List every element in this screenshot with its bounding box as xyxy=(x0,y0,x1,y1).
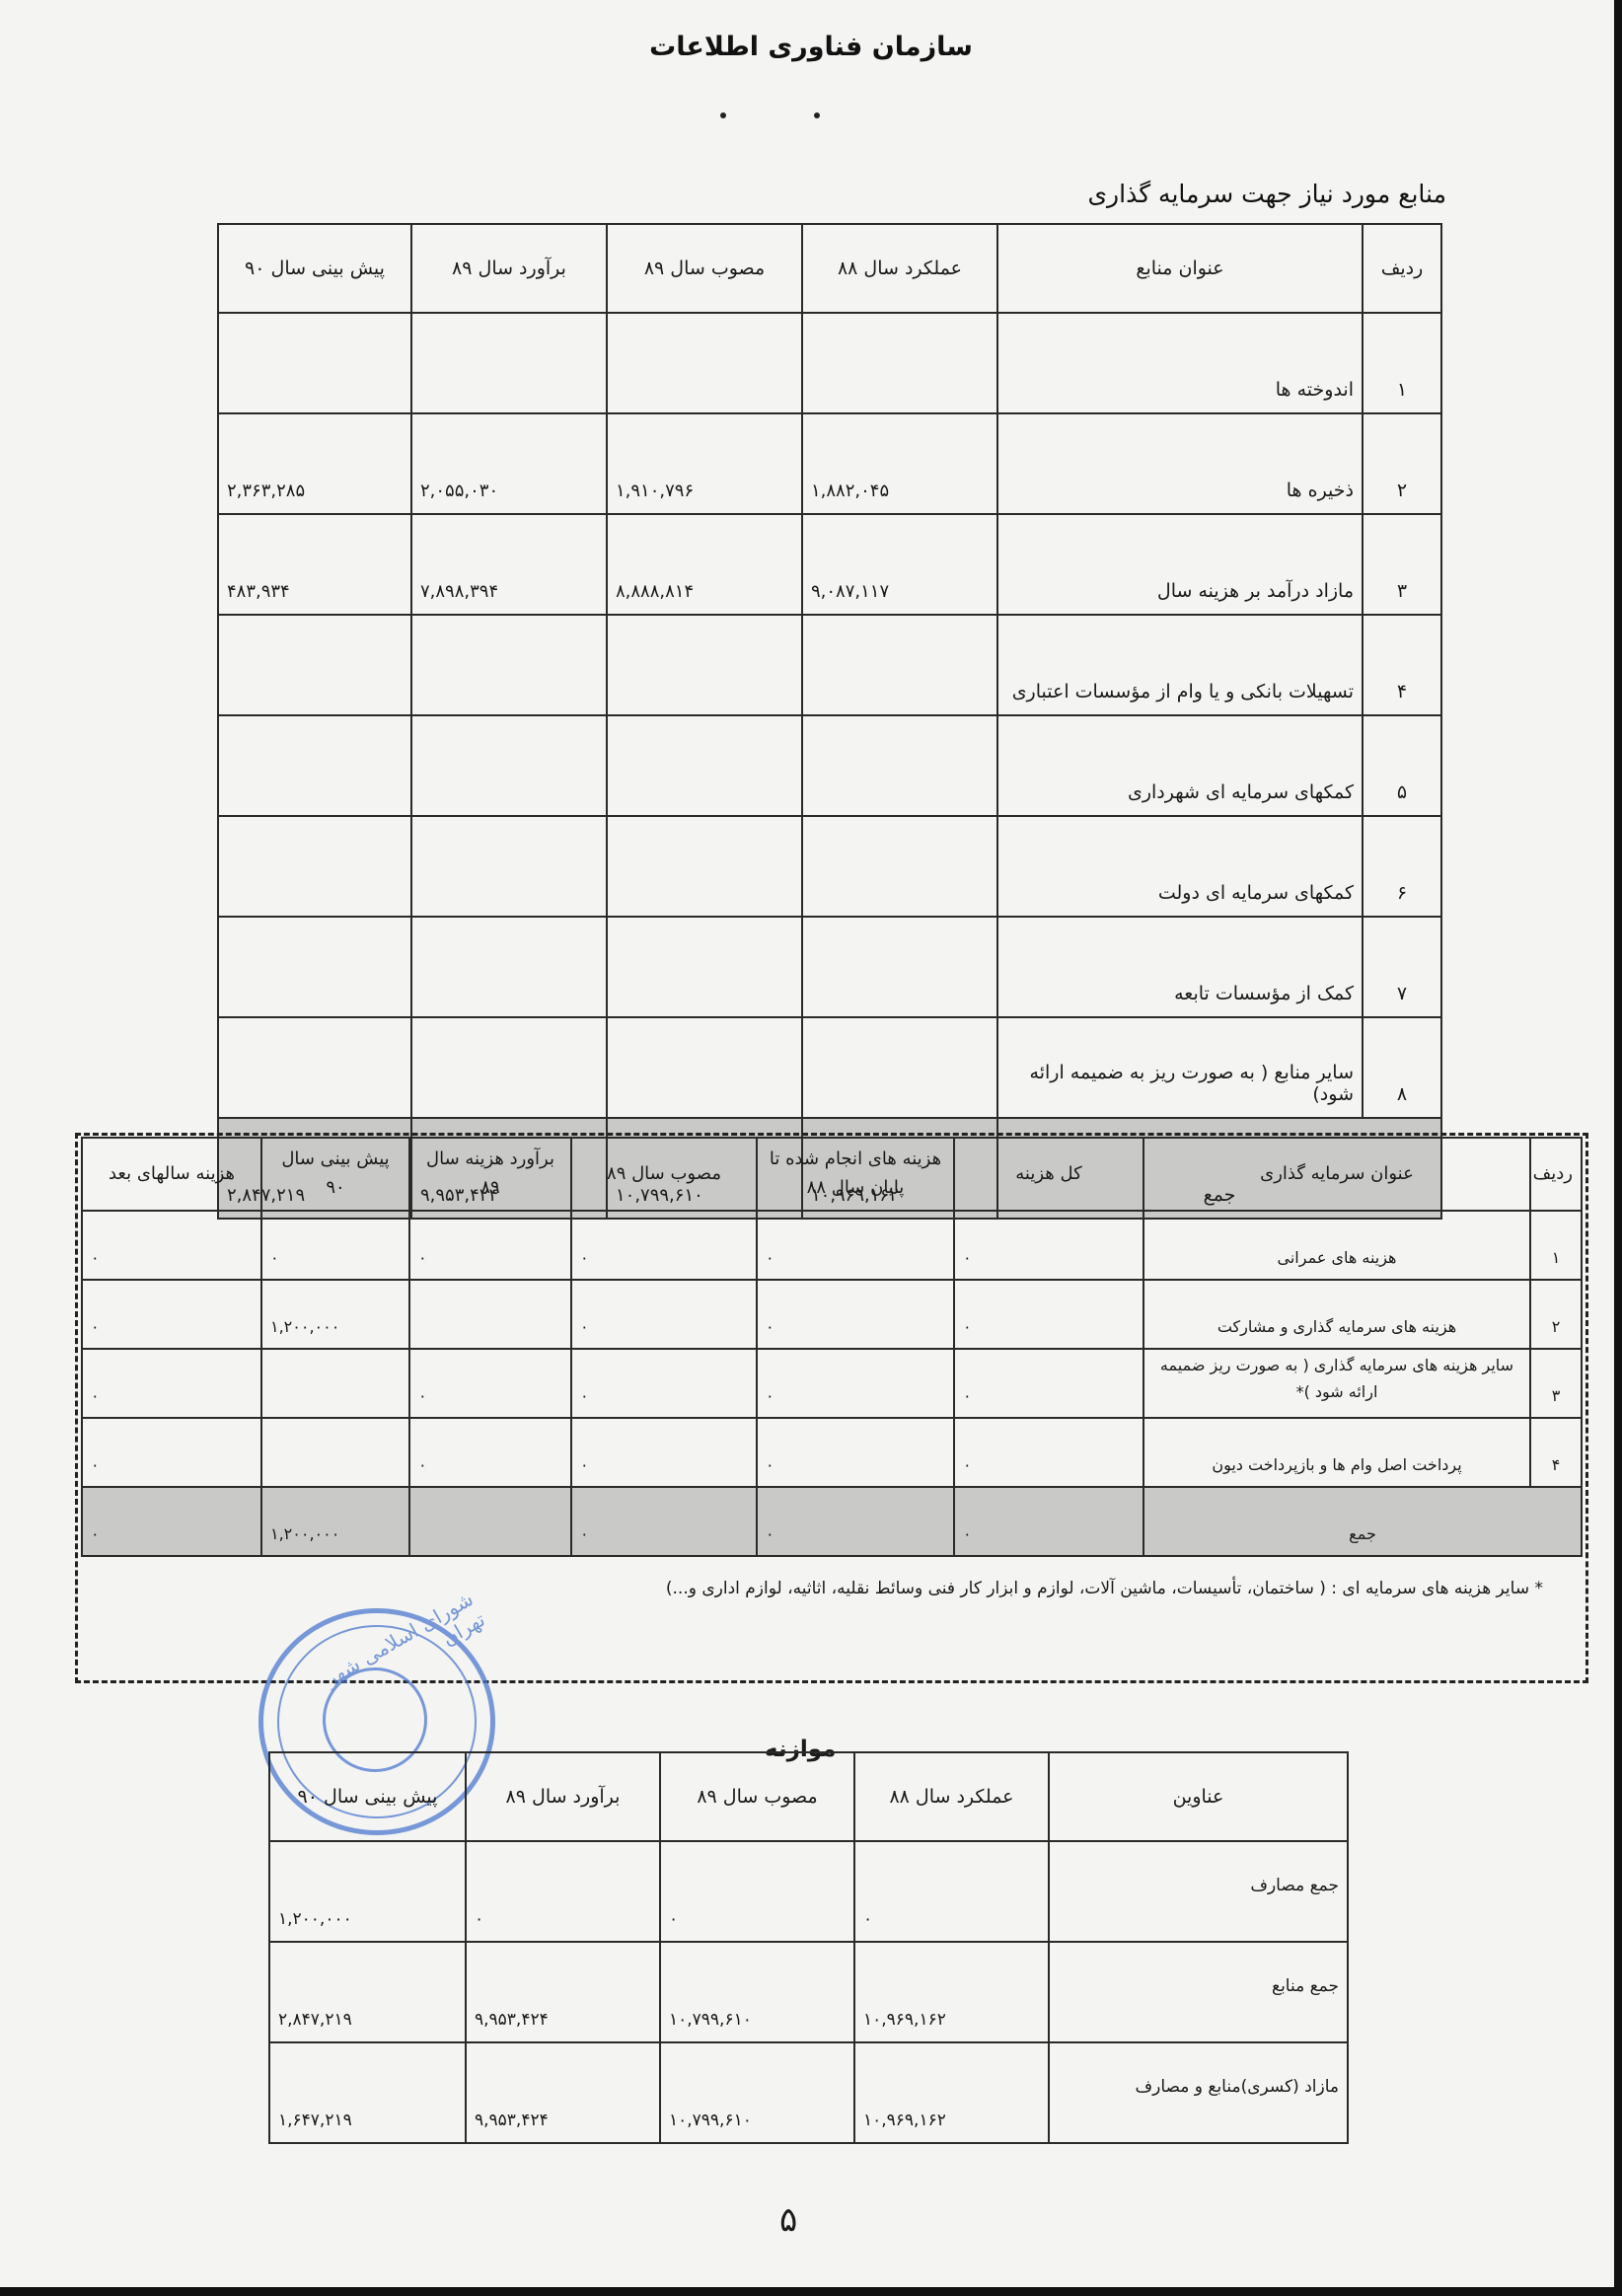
cell-est89 xyxy=(411,313,607,413)
row-title: ذخیره ها xyxy=(997,413,1363,514)
table-row: ۸ سایر منابع ( به صورت ریز به ضمیمه ارائ… xyxy=(218,1017,1441,1118)
cell-fcst90: ۲,۸۴۷,۲۱۹ xyxy=(269,1942,466,2042)
cell-fcst90: ۰ xyxy=(261,1211,409,1280)
cell-perf88: ۱۰,۹۶۹,۱۶۲ xyxy=(854,1942,1049,2042)
cell-total-cost: ۰ xyxy=(954,1418,1143,1487)
table-row: ۳ مازاد درآمد بر هزینه سال ۹,۰۸۷,۱۱۷ ۸,۸… xyxy=(218,514,1441,615)
resources-table: ردیف عنوان منابع عملکرد سال ۸۸ مصوب سال … xyxy=(217,223,1442,1220)
cell-total-cost: ۰ xyxy=(954,1280,1143,1349)
cell-est89: ۹,۹۵۳,۴۲۴ xyxy=(466,1942,660,2042)
scan-dot xyxy=(720,112,726,118)
row-title: هزینه های سرمایه گذاری و مشارکت xyxy=(1143,1280,1530,1349)
investment-footnote: * سایر هزینه های سرمایه ای : ( ساختمان، … xyxy=(359,1579,1543,1598)
scan-dot xyxy=(814,112,820,118)
table-row: ۱ اندوخته ها xyxy=(218,313,1441,413)
cell-appr89: ۱,۹۱۰,۷۹۶ xyxy=(607,413,802,514)
row-title: مازاد درآمد بر هزینه سال xyxy=(997,514,1363,615)
col-header-perf88: عملکرد سال ۸۸ xyxy=(854,1752,1049,1841)
total-spent88: ۰ xyxy=(757,1487,954,1556)
cell-spent88: ۰ xyxy=(757,1211,954,1280)
row-title: کمک از مؤسسات تابعه xyxy=(997,917,1363,1017)
cell-est89: ۰ xyxy=(409,1418,571,1487)
cell-appr89: ۰ xyxy=(571,1349,757,1418)
cell-perf88: ۱,۸۸۲,۰۴۵ xyxy=(802,413,997,514)
cell-est89: ۰ xyxy=(409,1211,571,1280)
row-number: ۵ xyxy=(1363,715,1441,816)
row-title: کمکهای سرمایه ای دولت xyxy=(997,816,1363,917)
table-header-row: عناوین عملکرد سال ۸۸ مصوب سال ۸۹ برآورد … xyxy=(269,1752,1348,1841)
cell-est89 xyxy=(409,1280,571,1349)
cell-fcst90 xyxy=(218,313,411,413)
total-total-cost: ۰ xyxy=(954,1487,1143,1556)
cell-later-years: ۰ xyxy=(82,1418,261,1487)
cell-appr89: ۰ xyxy=(660,1841,854,1942)
cell-later-years: ۰ xyxy=(82,1211,261,1280)
row-number: ۷ xyxy=(1363,917,1441,1017)
cell-perf88 xyxy=(802,615,997,715)
organization-title: سازمان فناوری اطلاعات xyxy=(0,32,1622,62)
cell-appr89: ۰ xyxy=(571,1418,757,1487)
col-header-total-cost: کل هزینه xyxy=(954,1138,1143,1211)
cell-appr89 xyxy=(607,1017,802,1118)
row-title: سایر منابع ( به صورت ریز به ضمیمه ارائه … xyxy=(997,1017,1363,1118)
row-title: کمکهای سرمایه ای شهرداری xyxy=(997,715,1363,816)
cell-est89: ۰ xyxy=(466,1841,660,1942)
total-appr89: ۰ xyxy=(571,1487,757,1556)
row-number: ۸ xyxy=(1363,1017,1441,1118)
col-header-est89: برآورد هزینه سال ۸۹ xyxy=(409,1138,571,1211)
cell-fcst90: ۱,۶۴۷,۲۱۹ xyxy=(269,2042,466,2143)
balance-table: عناوین عملکرد سال ۸۸ مصوب سال ۸۹ برآورد … xyxy=(268,1751,1349,2144)
col-header-perf88: عملکرد سال ۸۸ xyxy=(802,224,997,313)
cell-est89 xyxy=(411,715,607,816)
cell-spent88: ۰ xyxy=(757,1280,954,1349)
cell-appr89: ۱۰,۷۹۹,۶۱۰ xyxy=(660,2042,854,2143)
total-est89 xyxy=(409,1487,571,1556)
cell-perf88: ۹,۰۸۷,۱۱۷ xyxy=(802,514,997,615)
cell-est89 xyxy=(411,917,607,1017)
resources-table-title: منابع مورد نیاز جهت سرمایه گذاری xyxy=(1087,180,1446,208)
cell-fcst90: ۱,۲۰۰,۰۰۰ xyxy=(269,1841,466,1942)
row-number: ۱ xyxy=(1363,313,1441,413)
cell-fcst90 xyxy=(218,715,411,816)
row-title: هزینه های عمرانی xyxy=(1143,1211,1530,1280)
cell-est89: ۲,۰۵۵,۰۳۰ xyxy=(411,413,607,514)
cell-est89: ۰ xyxy=(409,1349,571,1418)
table-row: ۴ تسهیلات بانکی و یا وام از مؤسسات اعتبا… xyxy=(218,615,1441,715)
row-number: ۴ xyxy=(1363,615,1441,715)
table-row: مازاد (کسری)منابع و مصارف ۱۰,۹۶۹,۱۶۲ ۱۰,… xyxy=(269,2042,1348,2143)
table-row: ۵ کمکهای سرمایه ای شهرداری xyxy=(218,715,1441,816)
cell-total-cost: ۰ xyxy=(954,1211,1143,1280)
cell-fcst90: ۴۸۳,۹۳۴ xyxy=(218,514,411,615)
cell-appr89 xyxy=(607,313,802,413)
col-header-title: عناوین xyxy=(1049,1752,1348,1841)
table-row: جمع مصارف ۰ ۰ ۰ ۱,۲۰۰,۰۰۰ xyxy=(269,1841,1348,1942)
table-header-row: ردیف عنوان سرمایه گذاری کل هزینه هزینه ه… xyxy=(82,1138,1582,1211)
cell-fcst90 xyxy=(218,1017,411,1118)
cell-later-years: ۰ xyxy=(82,1349,261,1418)
cell-appr89: ۰ xyxy=(571,1280,757,1349)
cell-est89: ۹,۹۵۳,۴۲۴ xyxy=(466,2042,660,2143)
cell-perf88 xyxy=(802,816,997,917)
cell-spent88: ۰ xyxy=(757,1349,954,1418)
cell-appr89 xyxy=(607,615,802,715)
row-title: اندوخته ها xyxy=(997,313,1363,413)
col-header-title: عنوان سرمایه گذاری xyxy=(1143,1138,1530,1211)
table-header-row: ردیف عنوان منابع عملکرد سال ۸۸ مصوب سال … xyxy=(218,224,1441,313)
row-title: تسهیلات بانکی و یا وام از مؤسسات اعتباری xyxy=(997,615,1363,715)
total-row: جمع ۰ ۰ ۰ ۱,۲۰۰,۰۰۰ ۰ xyxy=(82,1487,1582,1556)
cell-appr89 xyxy=(607,917,802,1017)
col-header-appr89: مصوب سال ۸۹ xyxy=(660,1752,854,1841)
row-number: ۶ xyxy=(1363,816,1441,917)
col-header-fcst90: پیش بینی سال ۹۰ xyxy=(218,224,411,313)
col-header-fcst90: پیش بینی سال ۹۰ xyxy=(261,1138,409,1211)
table-row: ۴ پرداخت اصل وام ها و بازپرداخت دیون ۰ ۰… xyxy=(82,1418,1582,1487)
table-row: ۲ ذخیره ها ۱,۸۸۲,۰۴۵ ۱,۹۱۰,۷۹۶ ۲,۰۵۵,۰۳۰… xyxy=(218,413,1441,514)
cell-est89 xyxy=(411,615,607,715)
col-header-est89: برآورد سال ۸۹ xyxy=(466,1752,660,1841)
cell-spent88: ۰ xyxy=(757,1418,954,1487)
row-title: سایر هزینه های سرمایه گذاری ( به صورت ری… xyxy=(1143,1349,1530,1418)
cell-perf88 xyxy=(802,715,997,816)
cell-fcst90 xyxy=(261,1349,409,1418)
row-number: ۲ xyxy=(1363,413,1441,514)
cell-appr89 xyxy=(607,715,802,816)
row-number: ۳ xyxy=(1363,514,1441,615)
cell-perf88 xyxy=(802,1017,997,1118)
cell-perf88 xyxy=(802,917,997,1017)
cell-appr89: ۸,۸۸۸,۸۱۴ xyxy=(607,514,802,615)
cell-est89 xyxy=(411,1017,607,1118)
cell-appr89: ۱۰,۷۹۹,۶۱۰ xyxy=(660,1942,854,2042)
page-number: ۵ xyxy=(779,2200,797,2240)
col-header-est89: برآورد سال ۸۹ xyxy=(411,224,607,313)
cell-fcst90 xyxy=(261,1418,409,1487)
cell-fcst90 xyxy=(218,615,411,715)
table-row: ۱ هزینه های عمرانی ۰ ۰ ۰ ۰ ۰ ۰ xyxy=(82,1211,1582,1280)
scan-edge-bottom xyxy=(0,2287,1622,2296)
cell-perf88: ۱۰,۹۶۹,۱۶۲ xyxy=(854,2042,1049,2143)
col-header-row-number: ردیف xyxy=(1363,224,1441,313)
cell-fcst90: ۲,۳۶۳,۲۸۵ xyxy=(218,413,411,514)
cell-fcst90 xyxy=(218,816,411,917)
table-row: ۶ کمکهای سرمایه ای دولت xyxy=(218,816,1441,917)
col-header-spent88: هزینه های انجام شده تا پایان سال ۸۸ xyxy=(757,1138,954,1211)
cell-perf88 xyxy=(802,313,997,413)
table-row: ۳ سایر هزینه های سرمایه گذاری ( به صورت … xyxy=(82,1349,1582,1418)
col-header-appr89: مصوب سال ۸۹ xyxy=(607,224,802,313)
total-label: جمع xyxy=(1143,1487,1582,1556)
cell-perf88: ۰ xyxy=(854,1841,1049,1942)
scan-edge-right xyxy=(1614,0,1622,2296)
row-number: ۲ xyxy=(1530,1280,1582,1349)
row-number: ۱ xyxy=(1530,1211,1582,1280)
cell-fcst90 xyxy=(218,917,411,1017)
cell-est89 xyxy=(411,816,607,917)
cell-total-cost: ۰ xyxy=(954,1349,1143,1418)
table-row: ۷ کمک از مؤسسات تابعه xyxy=(218,917,1441,1017)
row-number: ۳ xyxy=(1530,1349,1582,1418)
investment-table: ردیف عنوان سرمایه گذاری کل هزینه هزینه ه… xyxy=(81,1137,1583,1557)
row-number: ۴ xyxy=(1530,1418,1582,1487)
col-header-row-number: ردیف xyxy=(1530,1138,1582,1211)
col-header-appr89: مصوب سال ۸۹ xyxy=(571,1138,757,1211)
col-header-later-years: هزینه سالهای بعد xyxy=(82,1138,261,1211)
cell-appr89 xyxy=(607,816,802,917)
total-fcst90: ۱,۲۰۰,۰۰۰ xyxy=(261,1487,409,1556)
table-row: ۲ هزینه های سرمایه گذاری و مشارکت ۰ ۰ ۰ … xyxy=(82,1280,1582,1349)
row-title: مازاد (کسری)منابع و مصارف xyxy=(1049,2042,1348,2143)
cell-appr89: ۰ xyxy=(571,1211,757,1280)
row-title: پرداخت اصل وام ها و بازپرداخت دیون xyxy=(1143,1418,1530,1487)
row-title: جمع مصارف xyxy=(1049,1841,1348,1942)
row-title: جمع منابع xyxy=(1049,1942,1348,2042)
col-header-fcst90: پیش بینی سال ۹۰ xyxy=(269,1752,466,1841)
cell-fcst90: ۱,۲۰۰,۰۰۰ xyxy=(261,1280,409,1349)
table-row: جمع منابع ۱۰,۹۶۹,۱۶۲ ۱۰,۷۹۹,۶۱۰ ۹,۹۵۳,۴۲… xyxy=(269,1942,1348,2042)
col-header-title: عنوان منابع xyxy=(997,224,1363,313)
cell-est89: ۷,۸۹۸,۳۹۴ xyxy=(411,514,607,615)
total-later-years: ۰ xyxy=(82,1487,261,1556)
cell-later-years: ۰ xyxy=(82,1280,261,1349)
